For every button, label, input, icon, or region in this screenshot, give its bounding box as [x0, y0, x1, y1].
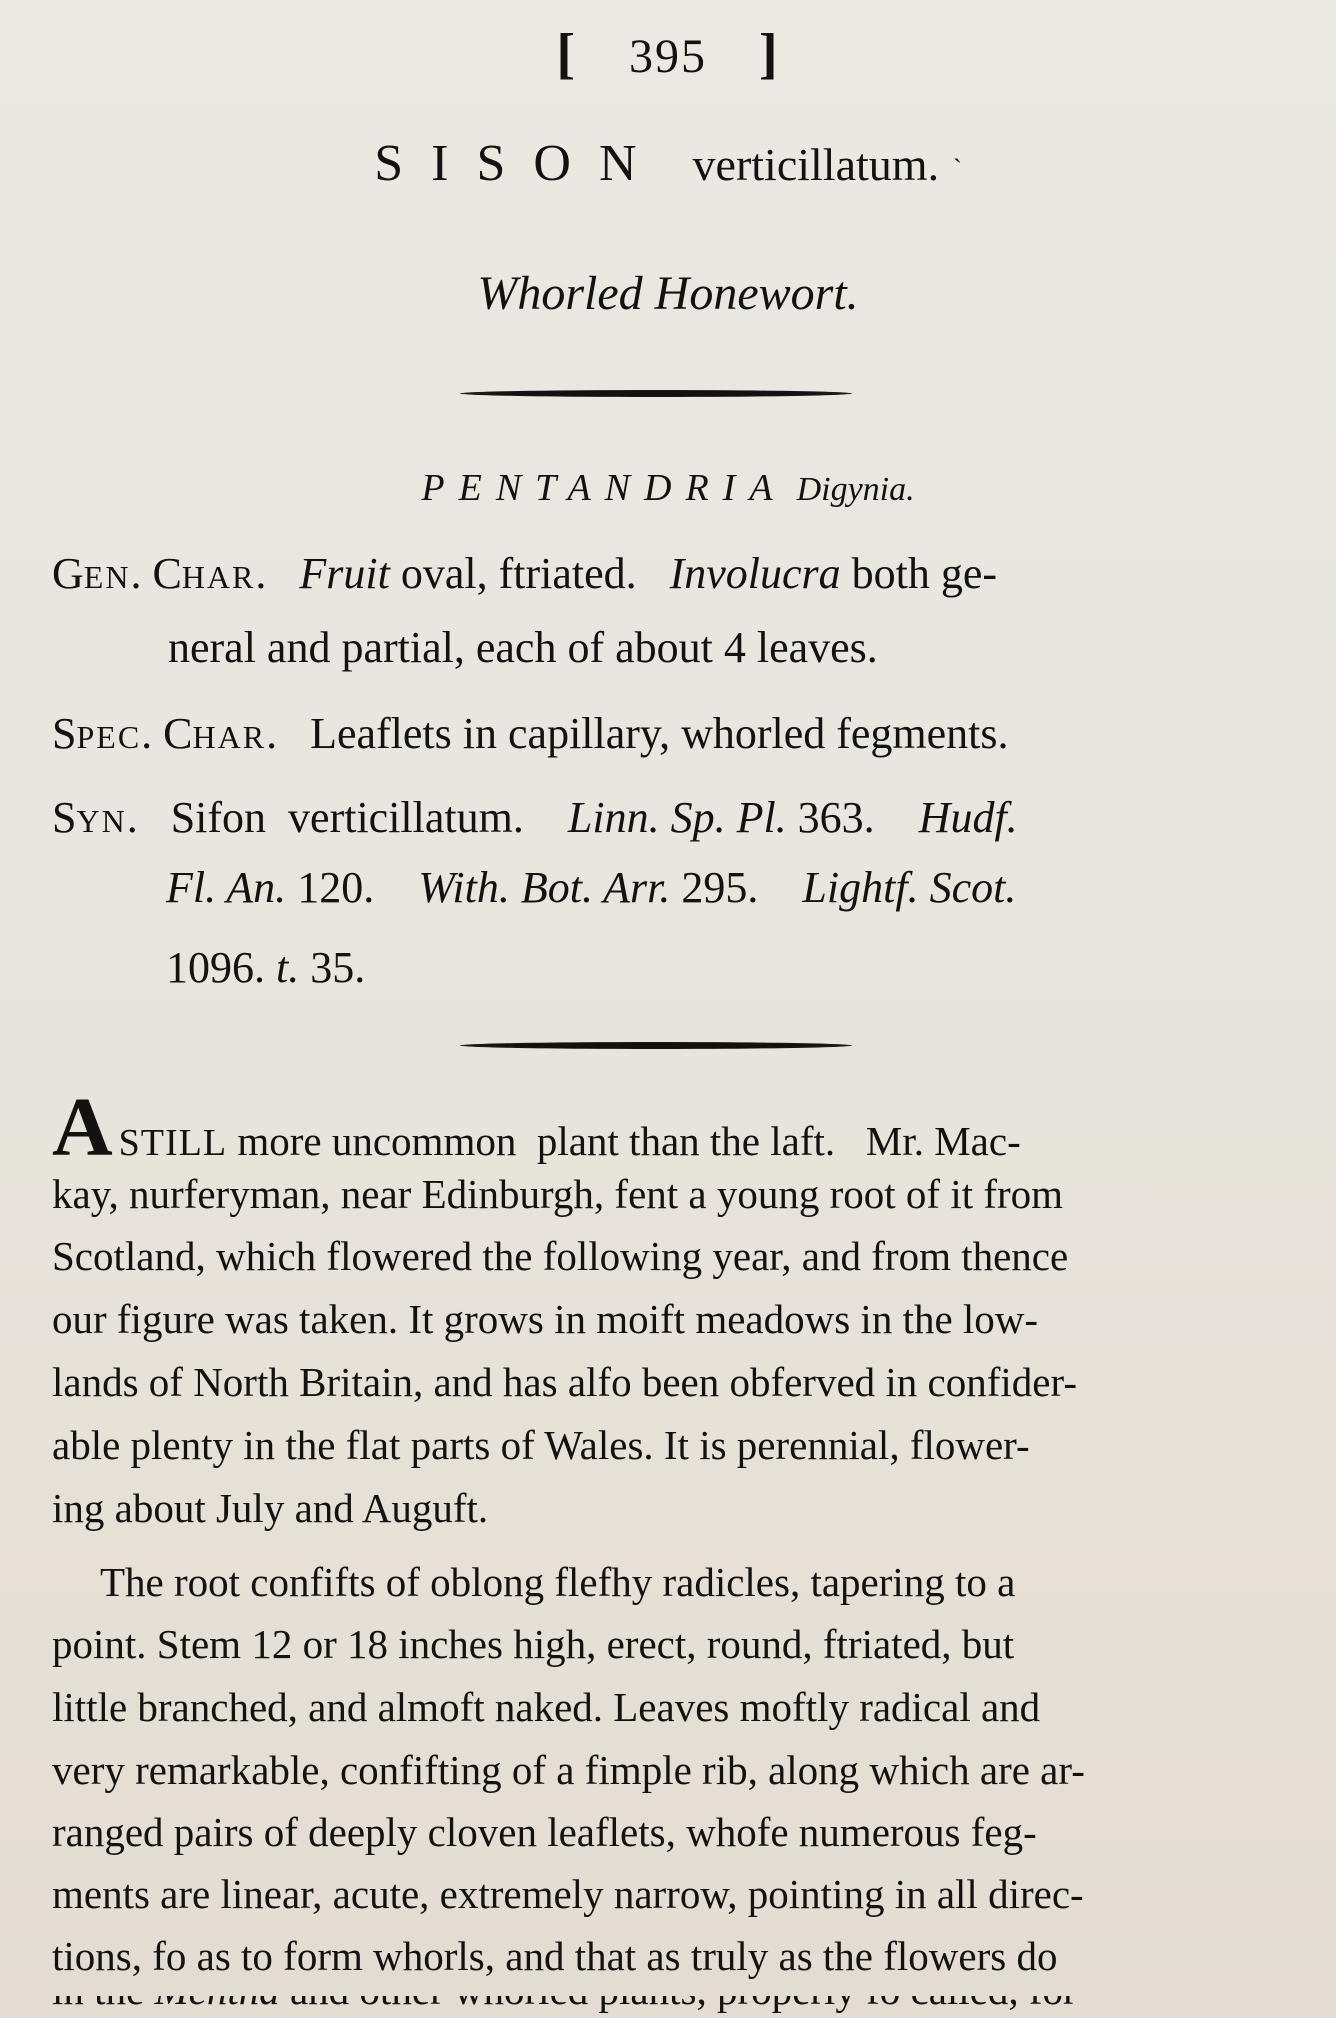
- body-p2-line-3: little branched, and almoft naked. Leave…: [52, 1683, 1040, 1731]
- ink-mark: ˏ: [953, 134, 962, 163]
- bracket-close: ]: [759, 23, 780, 85]
- body-p2-line-8-partial: in the Mentha and other whorled plants, …: [52, 1996, 1077, 2014]
- body-p1-line-4: our figure was taken. It grows in moift …: [52, 1295, 1038, 1343]
- spec-char-text: Leaflets in capillary, whorled fegments.: [310, 709, 1008, 758]
- body-p2-line-6: ments are linear, acute, extremely narro…: [52, 1870, 1084, 1918]
- page-number: [395]: [0, 22, 1336, 86]
- body-p1-line-1: ASTILL more uncommon plant than the laft…: [52, 1086, 1021, 1170]
- bracket-open: [: [556, 23, 577, 85]
- synonymy-line-1: SYN. Sifon verticillatum. Linn. Sp. Pl. …: [52, 792, 1018, 843]
- cut-off-line-container: in the Mentha and other whorled plants, …: [0, 1996, 1336, 2018]
- body-p2-line-5: ranged pairs of deeply cloven leaflets, …: [52, 1808, 1037, 1856]
- generic-character-line-2: neral and partial, each of about 4 leave…: [168, 622, 878, 673]
- generic-character-line-1: GEN. CHAR. Fruit oval, ftriated. Involuc…: [52, 548, 997, 599]
- page-number-value: 395: [629, 30, 707, 83]
- body-p2-line-7: tions, fo as to form whorls, and that as…: [52, 1932, 1057, 1980]
- body-p1-line-5: lands of North Britain, and has alfo bee…: [52, 1358, 1077, 1406]
- genus-name: SISON: [374, 135, 664, 192]
- linnaean-classification: PENTANDRIADigynia.: [0, 466, 1336, 510]
- drop-cap: A: [52, 1081, 113, 1174]
- body-p1-line-6: able plenty in the flat parts of Wales. …: [52, 1421, 1030, 1469]
- ornamental-rule-top: [460, 390, 852, 397]
- body-p2-line-2: point. Stem 12 or 18 inches high, erect,…: [52, 1620, 1014, 1668]
- body-p1-line-2: kay, nurferyman, near Edinburgh, fent a …: [52, 1170, 1063, 1218]
- synonymy-line-2: Fl. An. 120. With. Bot. Arr. 295. Lightf…: [166, 862, 1016, 913]
- body-p2-line-1: The root confifts of oblong flefhy radic…: [100, 1558, 1015, 1606]
- class-name: PENTANDRIA: [421, 467, 786, 509]
- ornamental-rule-bottom: [460, 1042, 852, 1049]
- body-p2-line-4: very remarkable, confifting of a fimple …: [52, 1746, 1085, 1794]
- body-p1-line-3: Scotland, which flowered the following y…: [52, 1232, 1068, 1280]
- gen-char-label: GEN. CHAR.: [52, 549, 266, 598]
- species-epithet: verticillatum.: [693, 139, 940, 190]
- book-page: [395] SISONverticillatum.ˏ Whorled Honew…: [0, 0, 1336, 2018]
- specific-character: SPEC. CHAR. Leaflets in capillary, whorl…: [52, 708, 1009, 759]
- body-p1-line-7: ing about July and Auguft.: [52, 1484, 488, 1532]
- syn-label: SYN.: [52, 793, 138, 842]
- small-caps-opening: STILL: [119, 1122, 227, 1164]
- common-name: Whorled Honewort.: [0, 266, 1336, 321]
- gen-char-italic-involucra: Involucra: [670, 549, 841, 598]
- synonymy-line-3: 1096. t. 35.: [166, 942, 365, 993]
- order-name: Digynia.: [797, 471, 915, 508]
- spec-char-label: SPEC. CHAR.: [52, 709, 277, 758]
- gen-char-italic-fruit: Fruit: [299, 549, 389, 598]
- species-title: SISONverticillatum.ˏ: [0, 134, 1336, 193]
